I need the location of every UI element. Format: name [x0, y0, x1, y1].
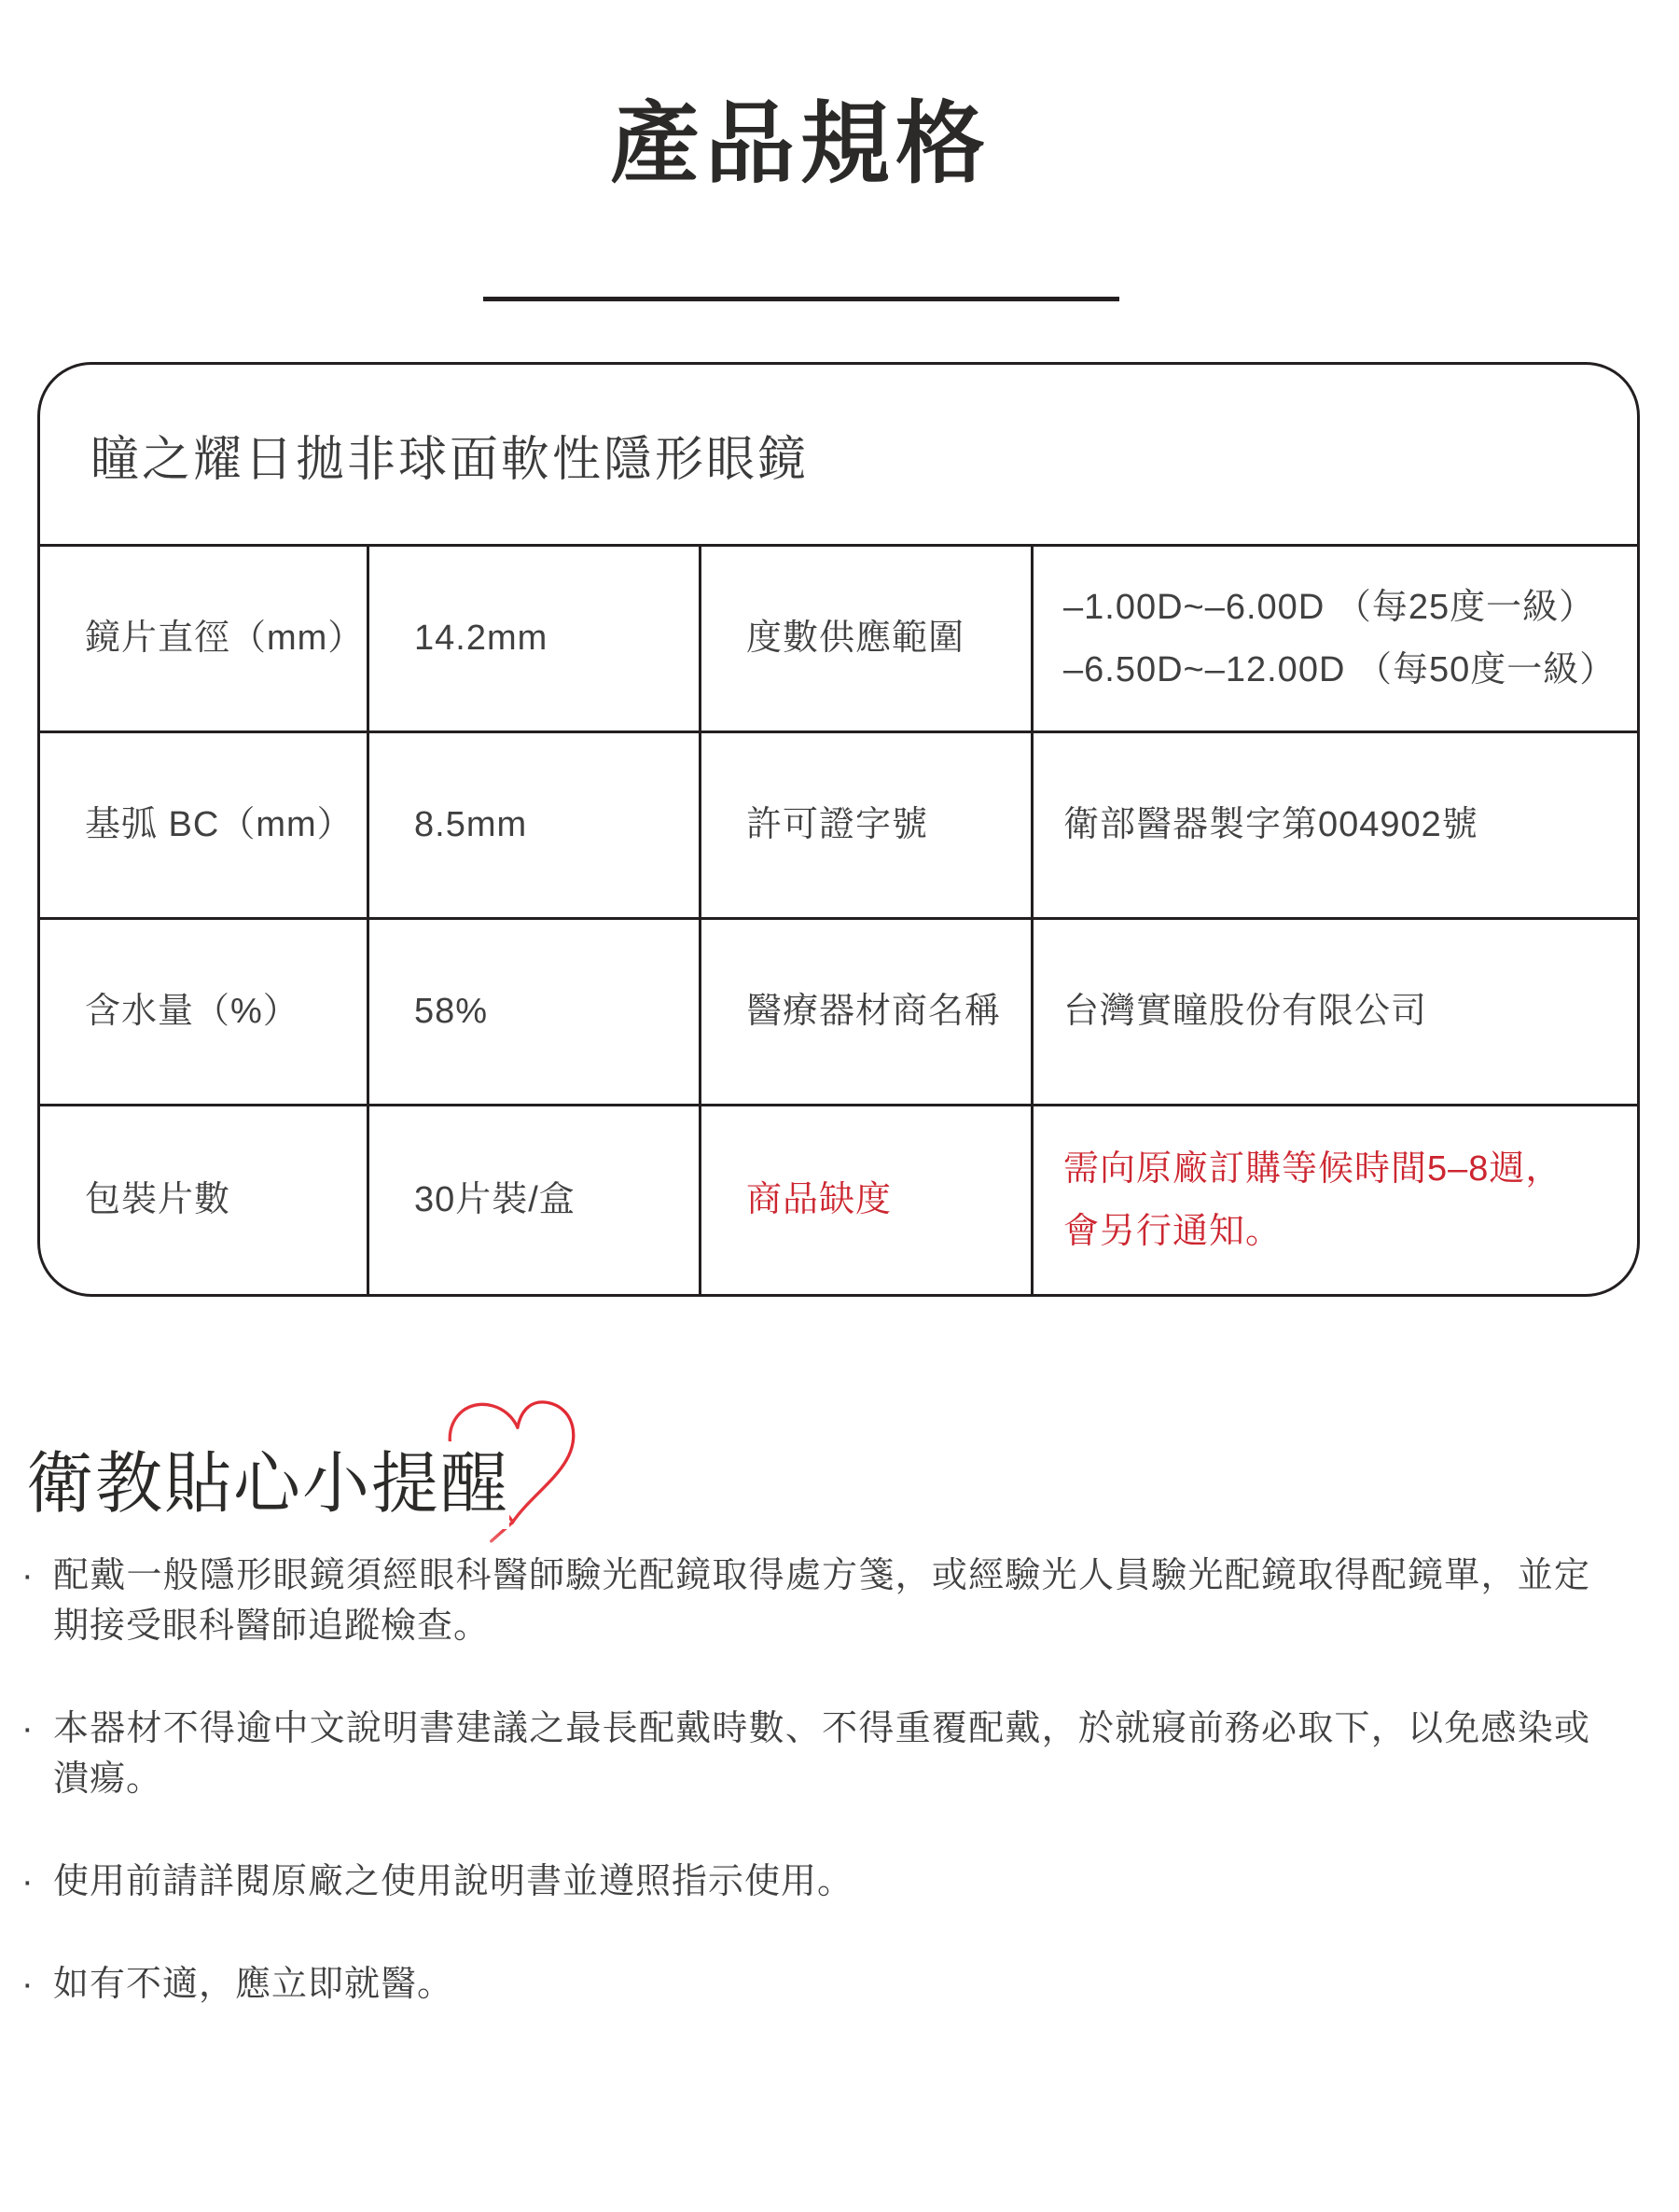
cell-label-lens-diameter: 鏡片直徑（mm）	[40, 544, 367, 730]
vendor-name-line-1: 台灣實瞳股份有限公司	[1063, 981, 1628, 1043]
bullet-text-prescription: 配戴一般隱形眼鏡須經眼科醫師驗光配鏡取得處方箋，或經驗光人員驗光配鏡取得配鏡單，…	[53, 1551, 1590, 1651]
cell-label-out-of-stock: 商品缺度	[699, 1104, 1031, 1294]
cell-label-vendor-name: 醫療器材商名稱	[699, 917, 1031, 1104]
power-range-line-2: –6.50D~–12.00D （每50度一級）	[1063, 639, 1628, 702]
cell-value-license-number: 衛部醫器製字第004902號	[1031, 730, 1637, 917]
bullet-marker: ·	[21, 1959, 53, 2010]
bullet-marker: ·	[21, 1704, 53, 1754]
spec-table-product-name: 瞳之耀日拋非球面軟性隱形眼鏡	[40, 365, 1637, 544]
spec-table: 瞳之耀日拋非球面軟性隱形眼鏡 鏡片直徑（mm） 14.2mm 度數供應範圍 –1…	[37, 362, 1640, 1297]
out-of-stock-line-2: 會另行通知。	[1063, 1201, 1628, 1263]
cell-label-base-curve: 基弧 BC（mm）	[40, 730, 367, 917]
notice-title: 衛教貼心小提醒	[26, 1441, 509, 1529]
bullet-item: · 使用前請詳閱原廠之使用說明書並遵照指示使用。	[21, 1857, 1590, 1907]
bullet-text-wearing-time: 本器材不得逾中文說明書建議之最長配戴時數、不得重覆配戴，於就寢前務必取下，以免感…	[53, 1704, 1590, 1804]
cell-value-pack-count: 30片裝/盒	[367, 1104, 699, 1294]
cell-value-water-content: 58%	[367, 917, 699, 1104]
bullet-marker: ·	[21, 1857, 53, 1907]
bullet-marker: ·	[21, 1551, 53, 1601]
power-range-line-1: –1.00D~–6.00D （每25度一級）	[1063, 577, 1628, 639]
notice-section-header: 衛教貼心小提醒	[26, 1441, 509, 1535]
title-underline	[483, 297, 1119, 301]
cell-label-water-content: 含水量（%）	[40, 917, 367, 1104]
bullet-item: · 如有不適，應立即就醫。	[21, 1959, 1590, 2010]
bullet-item: · 本器材不得逾中文說明書建議之最長配戴時數、不得重覆配戴，於就寢前務必取下，以…	[21, 1704, 1590, 1804]
notice-bullet-list: · 配戴一般隱形眼鏡須經眼科醫師驗光配鏡取得處方箋，或經驗光人員驗光配鏡取得配鏡…	[21, 1551, 1590, 2062]
cell-value-power-range: –1.00D~–6.00D （每25度一級） –6.50D~–12.00D （每…	[1031, 544, 1637, 730]
cell-label-power-range: 度數供應範圍	[699, 544, 1031, 730]
cell-label-license-number: 許可證字號	[699, 730, 1031, 917]
cell-value-out-of-stock: 需向原廠訂購等候時間5–8週， 會另行通知。	[1031, 1104, 1637, 1294]
cell-value-lens-diameter: 14.2mm	[367, 544, 699, 730]
cell-label-pack-count: 包裝片數	[40, 1104, 367, 1294]
out-of-stock-line-1: 需向原廠訂購等候時間5–8週，	[1063, 1138, 1628, 1201]
cell-value-base-curve: 8.5mm	[367, 730, 699, 917]
license-number-line-1: 衛部醫器製字第004902號	[1063, 794, 1628, 856]
cell-value-vendor-name: 台灣實瞳股份有限公司	[1031, 917, 1637, 1104]
bullet-text-see-doctor: 如有不適，應立即就醫。	[53, 1959, 1590, 2010]
bullet-item: · 配戴一般隱形眼鏡須經眼科醫師驗光配鏡取得處方箋，或經驗光人員驗光配鏡取得配鏡…	[21, 1551, 1590, 1651]
bullet-text-read-manual: 使用前請詳閱原廠之使用說明書並遵照指示使用。	[53, 1857, 1590, 1907]
page-title: 產品規格	[0, 73, 1601, 201]
